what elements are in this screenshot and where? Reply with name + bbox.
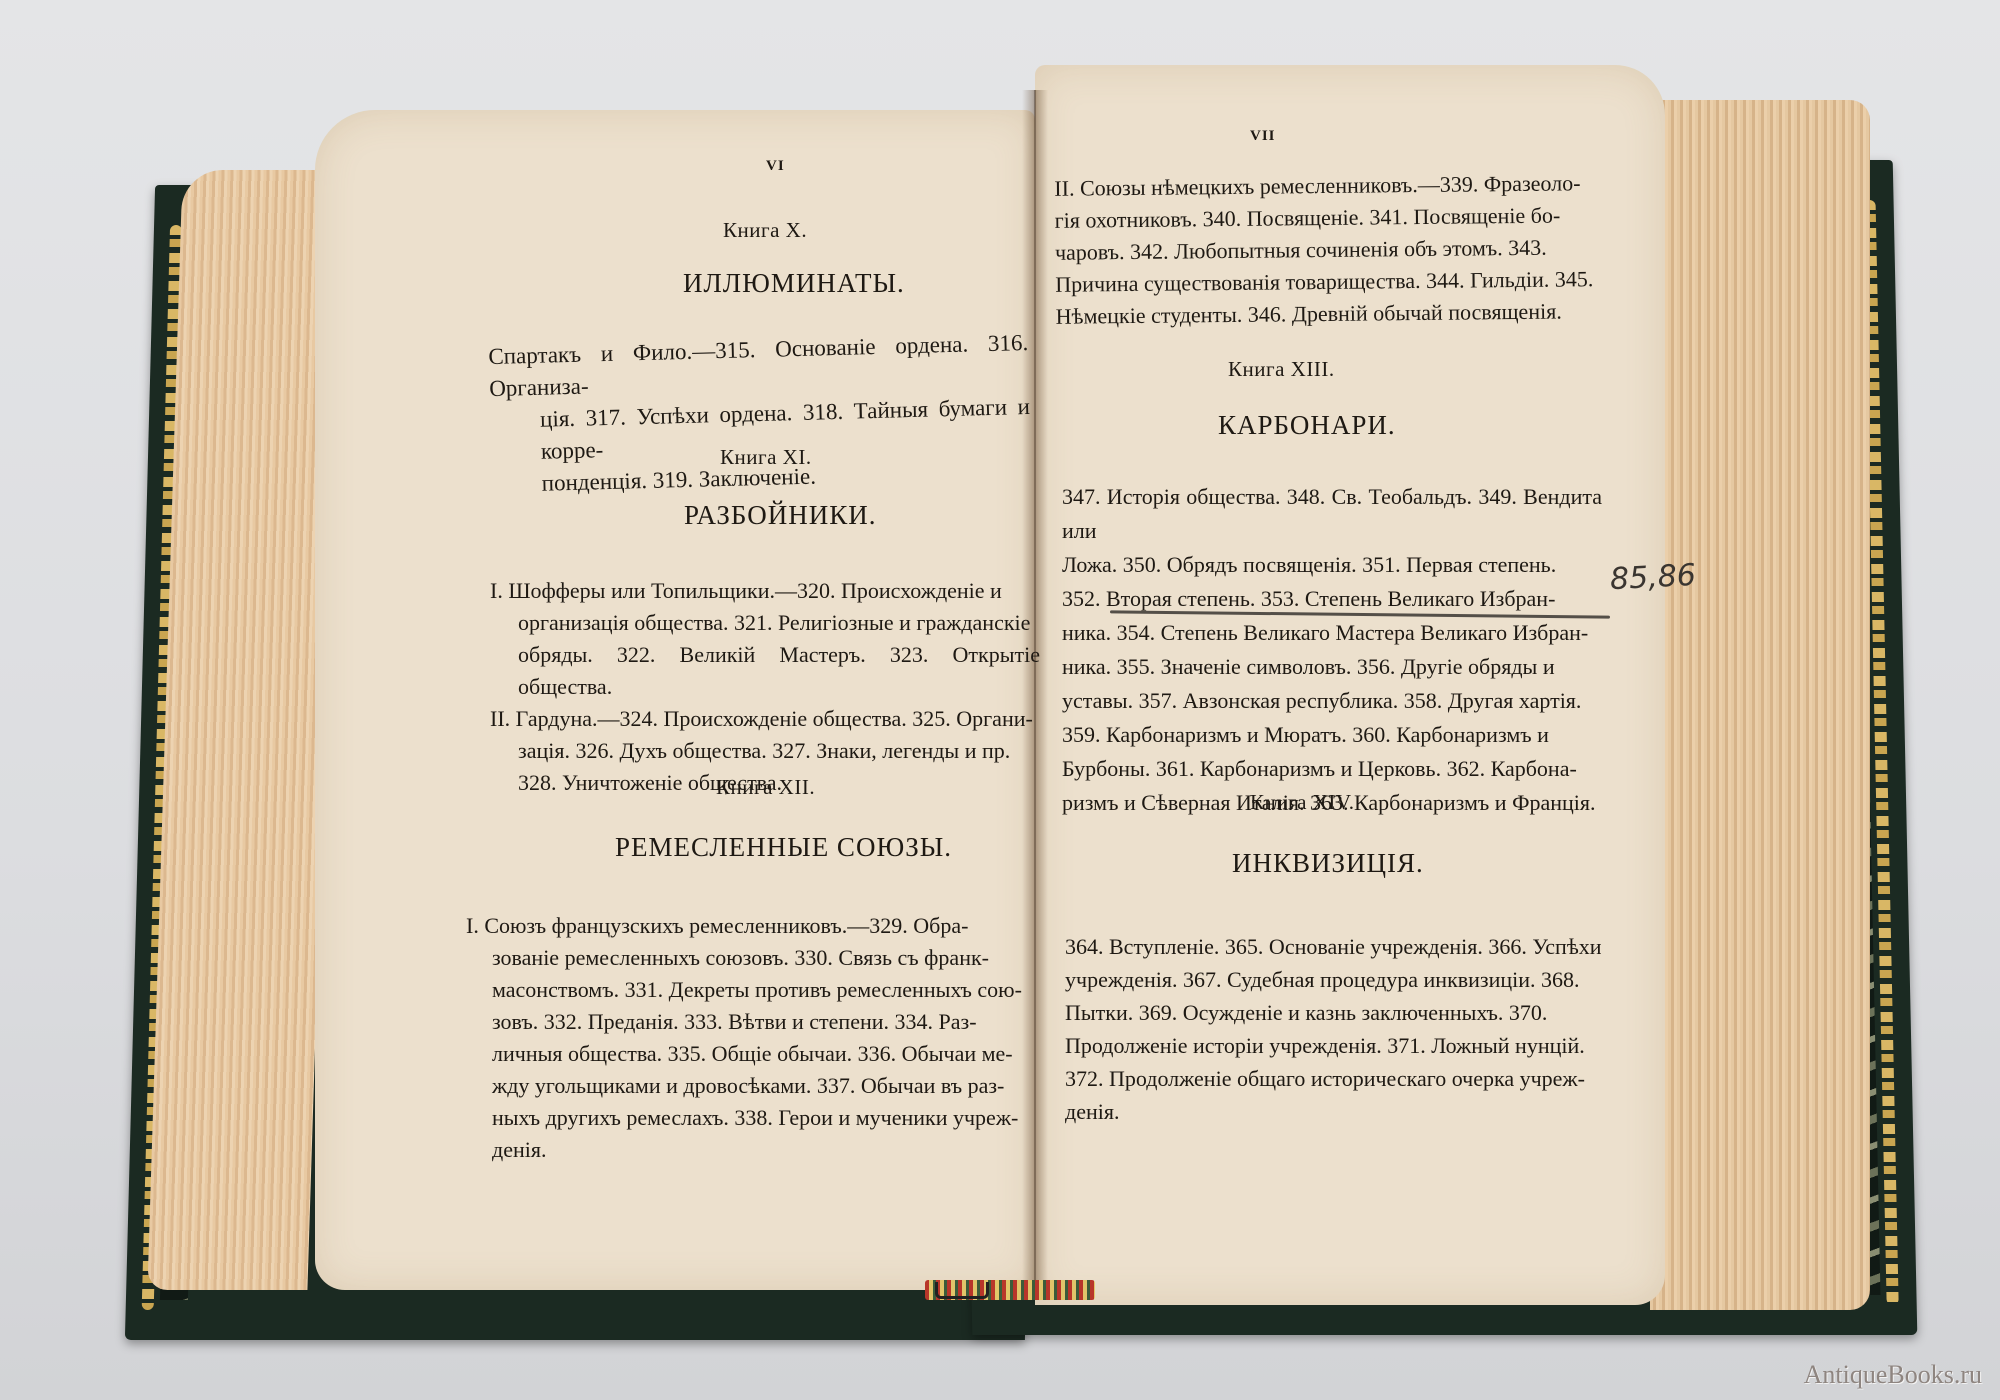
toc-line: Продолженіе исторіи учрежденія. 371. Лож…	[1065, 1029, 1650, 1062]
toc-line: Ложа. 350. Обрядъ посвященія. 351. Перва…	[1062, 548, 1602, 582]
toc-line: Пытки. 369. Осужденіе и казнь заключенны…	[1065, 996, 1650, 1029]
handwritten-page-note: 85,86	[1609, 558, 1697, 597]
toc-line: ника. 355. Значеніе символовъ. 356. Друг…	[1062, 650, 1602, 684]
toc-line: I. Союзъ французскихъ ремесленниковъ.—32…	[466, 910, 1036, 942]
page-block-edges-right	[1650, 100, 1870, 1310]
toc-line: II. Гардуна.—324. Происхожденіе общества…	[490, 703, 1040, 735]
toc-line: 359. Карбонаризмъ и Мюратъ. 360. Карбона…	[1062, 718, 1602, 752]
toc-line: денія.	[1065, 1095, 1650, 1128]
watermark: AntiqueBooks.ru	[1804, 1360, 1982, 1390]
page-number-right: VII	[1250, 128, 1276, 145]
toc-line: жду угольщиками и дровосѣками. 337. Обыч…	[466, 1070, 1036, 1102]
toc-line: 364. Вступленіе. 365. Основаніе учрежден…	[1065, 930, 1650, 963]
toc-line: I. Шофферы или Топильщики.—320. Происхож…	[490, 575, 1040, 607]
toc-line: зованіе ремесленныхъ союзовъ. 330. Связь…	[466, 942, 1036, 974]
ribbon-loop-icon	[935, 1282, 989, 1299]
toc-line: Бурбоны. 361. Карбонаризмъ и Церковь. 36…	[1062, 752, 1602, 786]
book-label-xi: Книга XI.	[720, 445, 812, 470]
toc-line: денія.	[466, 1134, 1036, 1166]
contents-block-continuation: II. Союзы нѣмецкихъ ремесленниковъ.—339.…	[1054, 167, 1596, 333]
book-label-xiv: Книга XIV.	[1250, 790, 1355, 815]
book-title-illuminati: ИЛЛЮМИНАТЫ.	[683, 268, 905, 299]
toc-line: зація. 326. Духъ общества. 327. Знаки, л…	[490, 735, 1040, 767]
toc-line: зовъ. 332. Преданія. 333. Вѣтви и степен…	[466, 1006, 1036, 1038]
contents-block-book-xi: I. Шофферы или Топильщики.—320. Происхож…	[490, 575, 1040, 799]
toc-line: Нѣмецкіе студенты. 346. Древній обычай п…	[1056, 295, 1596, 333]
book-label-x: Книга X.	[723, 218, 807, 243]
toc-line: 347. Исторія общества. 348. Св. Теобальд…	[1062, 480, 1602, 548]
toc-line: обряды. 322. Великій Мастеръ. 323. Откры…	[490, 639, 1040, 703]
book-title-inquisition: ИНКВИЗИЦІЯ.	[1232, 848, 1424, 879]
book-title-robbers: РАЗБОЙНИКИ.	[684, 500, 877, 531]
contents-block-book-x: Спартакъ и Фило.—315. Основаніе ордена. …	[488, 327, 1032, 501]
page-number-left: VI	[766, 158, 785, 175]
toc-line: личныя общества. 335. Общіе обычаи. 336.…	[466, 1038, 1036, 1070]
toc-line: ныхъ другихъ ремеслахъ. 338. Герои и муч…	[466, 1102, 1036, 1134]
book-title-carbonari: КАРБОНАРИ.	[1218, 410, 1396, 441]
toc-line: учрежденія. 367. Судебная процедура инкв…	[1065, 963, 1650, 996]
book-title-craft-unions: РЕМЕСЛЕННЫЕ СОЮЗЫ.	[615, 832, 952, 863]
contents-block-book-xiii: 347. Исторія общества. 348. Св. Теобальд…	[1062, 480, 1602, 820]
contents-block-book-xii: I. Союзъ французскихъ ремесленниковъ.—32…	[466, 910, 1036, 1166]
contents-block-book-xiv: 364. Вступленіе. 365. Основаніе учрежден…	[1065, 930, 1650, 1128]
toc-line: 372. Продолженіе общаго историческаго оч…	[1065, 1062, 1650, 1095]
book-label-xii: Книга XII.	[716, 775, 815, 800]
toc-line: масонствомъ. 331. Декреты противъ ремесл…	[466, 974, 1036, 1006]
toc-line: организація общества. 321. Религіозные и…	[490, 607, 1040, 639]
toc-line-underlined: ника. 354. Степень Великаго Мастера Вели…	[1062, 616, 1602, 650]
book-label-xiii: Книга XIII.	[1228, 357, 1335, 382]
toc-line: уставы. 357. Авзонская республика. 358. …	[1062, 684, 1602, 718]
